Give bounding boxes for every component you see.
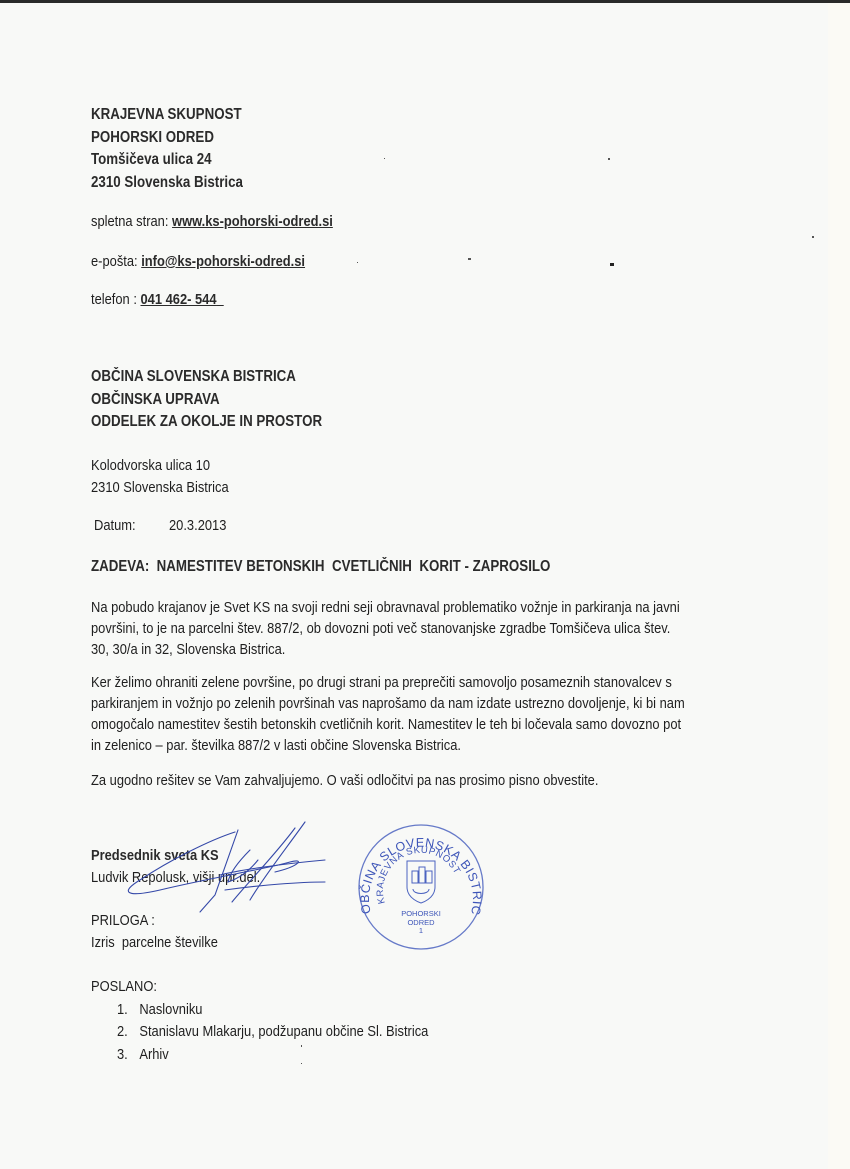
- attachment-block: PRILOGA : Izris parcelne številke: [91, 910, 239, 954]
- date-value: 20.3.2013: [169, 516, 226, 536]
- sender-line: Tomšičeva ulica 24: [91, 149, 212, 172]
- scan-speck: [301, 1063, 302, 1064]
- body-line: in zelenico – par. številka 887/2 v last…: [91, 735, 685, 756]
- website-row: spletna stran: www.ks-pohorski-odred.si: [91, 212, 372, 232]
- scan-speck: [301, 1045, 302, 1047]
- scan-speck: [468, 258, 471, 260]
- list-item: 1.Naslovniku: [117, 999, 479, 1022]
- attachment-item: Izris parcelne številke: [91, 932, 218, 954]
- sender-line: 2310 Slovenska Bistrica: [91, 172, 243, 195]
- date-value-wrap: 20.3.2013: [169, 516, 236, 536]
- scan-speck: [812, 236, 814, 238]
- recipient-block: OBČINA SLOVENSKA BISTRICA OBČINSKA UPRAV…: [91, 366, 360, 434]
- sent-to-label: POSLANO:: [91, 976, 157, 999]
- scan-speck: [357, 262, 358, 263]
- date-row: Datum:: [94, 516, 154, 536]
- sent-to-block: POSLANO: 1.Naslovniku 2.Stanislavu Mlaka…: [91, 976, 479, 1066]
- scan-speck: [384, 158, 385, 159]
- body-line: parkiranjem in vožnjo po zelenih površin…: [91, 693, 685, 714]
- sender-line: KRAJEVNA SKUPNOST: [91, 104, 242, 127]
- sent-to-list: 1.Naslovniku 2.Stanislavu Mlakarju, podž…: [117, 999, 479, 1067]
- body-line: površini, to je na parcelni štev. 887/2,…: [91, 618, 680, 639]
- recipient-address: Kolodvorska ulica 10 2310 Slovenska Bist…: [91, 455, 251, 499]
- body-line: Za ugodno rešitev se Vam zahvaljujemo. O…: [91, 770, 598, 791]
- subject-line: ZADEVA: NAMESTITEV BETONSKIH CVETLIČNIH …: [91, 556, 625, 579]
- scan-speck: [610, 263, 614, 266]
- sender-line: POHORSKI ODRED: [91, 127, 214, 150]
- stamp-center-line-1: POHORSKI: [401, 909, 441, 918]
- address-line: Kolodvorska ulica 10: [91, 455, 210, 477]
- list-item: 3.Arhiv: [117, 1044, 479, 1067]
- scan-right-edge: [828, 3, 850, 1169]
- body-line: 30, 30/a in 32, Slovenska Bistrica.: [91, 639, 680, 660]
- website-link[interactable]: www.ks-pohorski-odred.si: [172, 213, 333, 230]
- email-label: e-pošta:: [91, 253, 138, 270]
- stamp-center-line-3: 1: [419, 926, 423, 935]
- recipient-line: OBČINA SLOVENSKA BISTRICA: [91, 366, 296, 389]
- date-label: Datum:: [94, 516, 146, 536]
- email-row: e-pošta: info@ks-pohorski-odred.si: [91, 252, 340, 272]
- body-paragraph-1: Na pobudo krajanov je Svet KS na svoji r…: [91, 597, 776, 660]
- phone-number: 041 462- 544: [140, 291, 216, 308]
- phone-label: telefon :: [91, 291, 137, 308]
- sender-block: KRAJEVNA SKUPNOST POHORSKI ODRED Tomšiče…: [91, 104, 268, 194]
- body-paragraph-3: Za ugodno rešitev se Vam zahvaljujemo. O…: [91, 770, 681, 791]
- subject: ZADEVA: NAMESTITEV BETONSKIH CVETLIČNIH …: [91, 556, 550, 579]
- website-label: spletna stran:: [91, 213, 168, 230]
- body-line: Na pobudo krajanov je Svet KS na svoji r…: [91, 597, 680, 618]
- body-line: Ker želimo ohraniti zelene površine, po …: [91, 672, 685, 693]
- handwritten-signature-icon: [100, 820, 330, 915]
- recipient-line: ODDELEK ZA OKOLJE IN PROSTOR: [91, 411, 322, 434]
- body-line: omogočalo namestitev šestih betonskih cv…: [91, 714, 685, 735]
- recipient-line: OBČINSKA UPRAVA: [91, 389, 220, 412]
- scan-top-edge: [0, 0, 850, 3]
- official-stamp-icon: OBČINA SLOVENSKA BISTRICA KRAJEVNA SKUPN…: [357, 823, 485, 951]
- body-paragraph-2: Ker želimo ohraniti zelene površine, po …: [91, 672, 781, 756]
- phone-row: telefon : 041 462- 544: [91, 290, 245, 310]
- attachment-label: PRILOGA :: [91, 910, 155, 932]
- email-link[interactable]: info@ks-pohorski-odred.si: [141, 253, 305, 270]
- scan-speck: [608, 158, 610, 160]
- address-line: 2310 Slovenska Bistrica: [91, 477, 229, 499]
- list-item: 2.Stanislavu Mlakarju, podžupanu občine …: [117, 1021, 479, 1044]
